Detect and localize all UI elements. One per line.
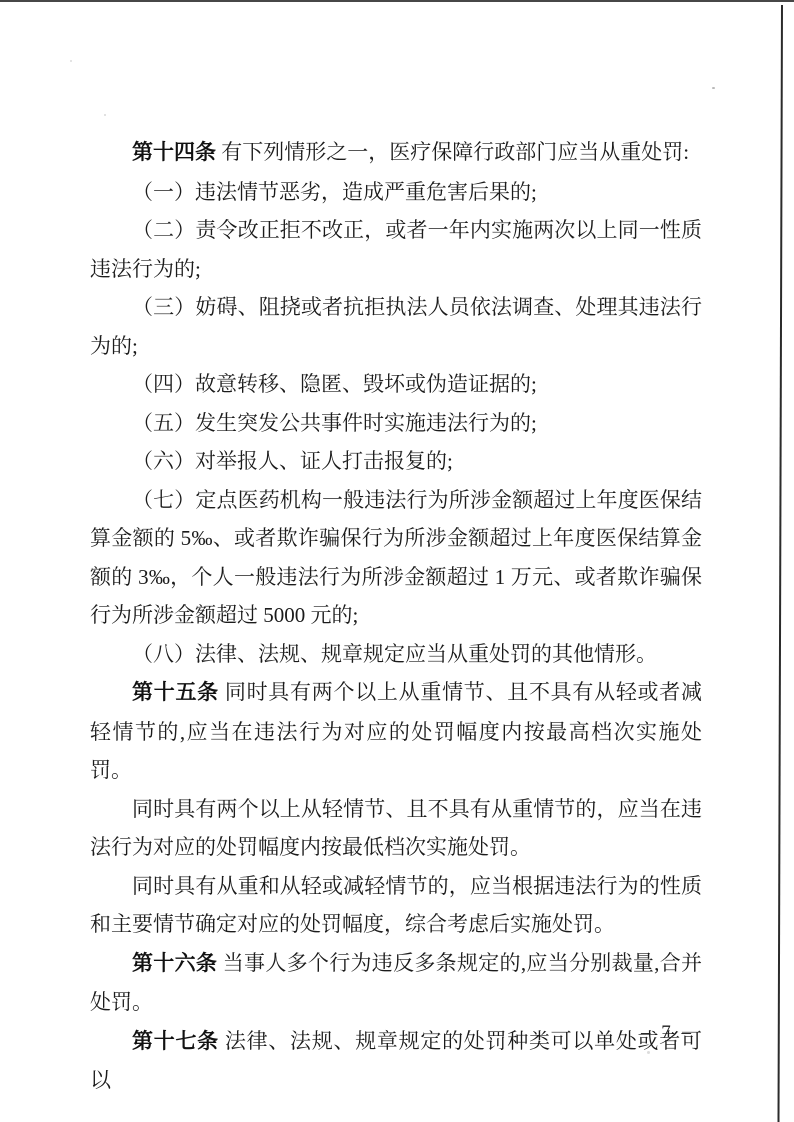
paragraph-item-5: （五）发生突发公共事件时实施违法行为的; <box>90 404 702 443</box>
paragraph-text: （二）责令改正拒不改正，或者一年内实施两次以上同一性质违法行为的; <box>90 218 702 281</box>
paragraph-text: 同时具有两个以上从轻情节、且不具有从重情节的，应当在违法行为对应的处罚幅度内按最… <box>90 797 702 860</box>
paragraph-item-8: （八）法律、法规、规章规定应当从重处罚的其他情形。 <box>90 635 702 674</box>
paragraph-text: （五）发生突发公共事件时实施违法行为的; <box>132 411 537 435</box>
paragraph-item-6: （六）对举报人、证人打击报复的; <box>90 442 702 481</box>
paragraph-text: （七）定点医药机构一般违法行为所涉金额超过上年度医保结算金额的 5‰、或者欺诈骗… <box>90 488 702 628</box>
paragraph-text: （六）对举报人、证人打击报复的; <box>132 449 453 473</box>
paragraph-text: （三）妨碍、阻挠或者抗拒执法人员依法调查、处理其违法行为的; <box>90 295 702 358</box>
article-14-term: 第十四条 <box>132 141 216 164</box>
paragraph-item-4: （四）故意转移、隐匿、毁坏或伪造证据的; <box>90 365 702 404</box>
paragraph-item-7: （七）定点医药机构一般违法行为所涉金额超过上年度医保结算金额的 5‰、或者欺诈骗… <box>90 481 702 635</box>
page-number: – 7 – <box>641 1022 694 1044</box>
article-16-term: 第十六条 <box>132 952 217 975</box>
paragraph-text: 有下列情形之一，医疗保障行政部门应当从重处罚: <box>216 140 689 164</box>
paragraph-text: （八）法律、法规、规章规定应当从重处罚的其他情形。 <box>132 642 657 666</box>
paragraph-text: 同时具有从重和从轻或减轻情节的，应当根据违法行为的性质和主要情节确定对应的处罚幅… <box>90 874 702 937</box>
paragraph-item-3: （三）妨碍、阻挠或者抗拒执法人员依法调查、处理其违法行为的; <box>90 288 702 365</box>
paragraph-item-2: （二）责令改正拒不改正，或者一年内实施两次以上同一性质违法行为的; <box>90 211 702 288</box>
paragraph-article-15-clause-3: 同时具有从重和从轻或减轻情节的，应当根据违法行为的性质和主要情节确定对应的处罚幅… <box>90 867 702 944</box>
document-page: 第十四条 有下列情形之一，医疗保障行政部门应当从重处罚: （一）违法情节恶劣，造… <box>0 0 794 1122</box>
article-17-term: 第十七条 <box>132 1030 219 1053</box>
scan-artifact-top-edge <box>0 0 794 2</box>
scan-artifact-right-edge <box>777 5 783 1122</box>
scan-speck <box>70 60 72 62</box>
paragraph-article-16: 第十六条 当事人多个行为违反多条规定的,应当分别裁量,合并处罚。 <box>90 944 702 1022</box>
paragraph-article-15: 第十五条 同时具有两个以上从重情节、且不具有从轻或者减轻情节的,应当在违法行为对… <box>90 673 702 790</box>
scan-speck <box>712 87 715 89</box>
paragraph-article-17: 第十七条 法律、法规、规章规定的处罚种类可以单处或者可以 <box>90 1022 702 1100</box>
scan-speck <box>104 114 106 116</box>
paragraph-text: （一）违法情节恶劣，造成严重危害后果的; <box>132 180 537 204</box>
paragraph-text: （四）故意转移、隐匿、毁坏或伪造证据的; <box>132 372 537 396</box>
paragraph-article-14: 第十四条 有下列情形之一，医疗保障行政部门应当从重处罚: <box>90 133 702 173</box>
paragraph-article-15-clause-2: 同时具有两个以上从轻情节、且不具有从重情节的，应当在违法行为对应的处罚幅度内按最… <box>90 790 702 867</box>
paragraph-item-1: （一）违法情节恶劣，造成严重危害后果的; <box>90 173 702 212</box>
document-body: 第十四条 有下列情形之一，医疗保障行政部门应当从重处罚: （一）违法情节恶劣，造… <box>90 133 702 1100</box>
article-15-term: 第十五条 <box>132 681 219 704</box>
